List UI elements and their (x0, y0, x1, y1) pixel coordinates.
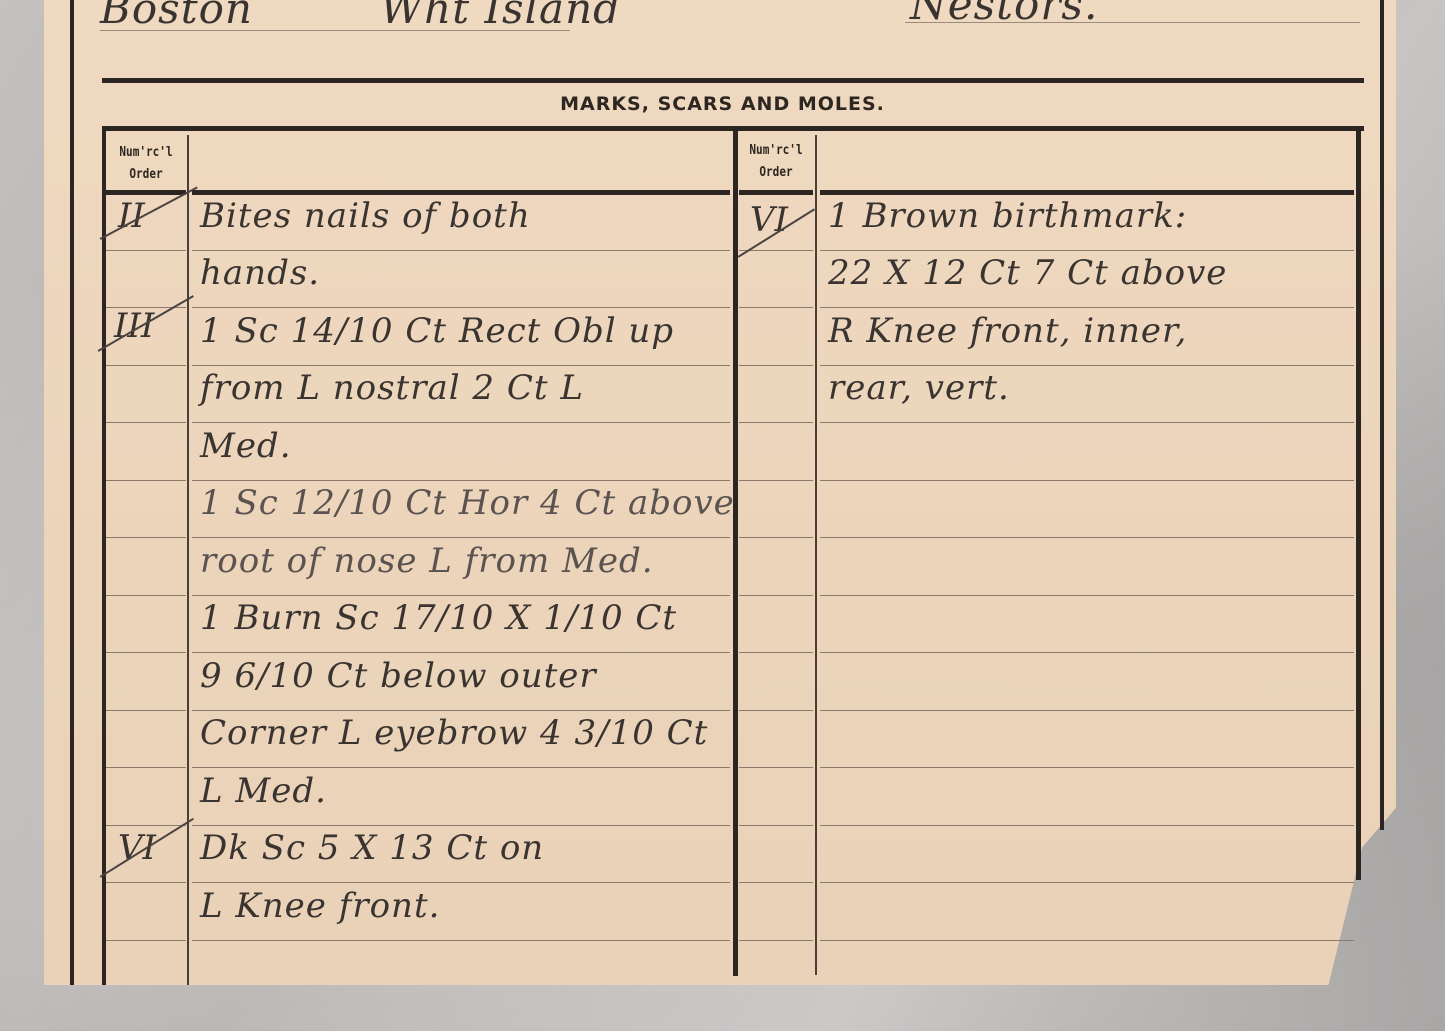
ruled-line (106, 365, 186, 366)
ruled-line (106, 537, 186, 538)
ruled-line (739, 537, 813, 538)
header-line2: Order (110, 164, 181, 186)
ruled-line (192, 537, 730, 538)
top-field-city: Boston (100, 0, 253, 33)
ruled-line (192, 710, 730, 711)
handwritten-line: Dk Sc 5 X 13 Ct on (200, 828, 544, 868)
ruled-line (739, 595, 813, 596)
ruled-line (106, 767, 186, 768)
header-num-order-right: Num'rc'l Order (742, 140, 810, 184)
handwritten-line: Corner L eyebrow 4 3/10 Ct (200, 713, 708, 753)
header-rule-1 (106, 190, 186, 195)
table-right-border (1356, 130, 1361, 880)
ruled-line (106, 250, 186, 251)
handwritten-line: 1 Burn Sc 17/10 X 1/10 Ct (200, 598, 677, 638)
top-field-underline-2 (905, 22, 1360, 23)
ruled-line (106, 652, 186, 653)
handwritten-line: rear, vert. (828, 368, 1010, 408)
ruled-line (106, 882, 186, 883)
ruled-line (192, 307, 730, 308)
ruled-line (820, 307, 1354, 308)
divider-left-order (187, 135, 189, 985)
ruled-line (739, 825, 813, 826)
header-rule-2 (192, 190, 730, 195)
handwritten-line: from L nostral 2 Ct L (200, 368, 584, 408)
ruled-line (106, 710, 186, 711)
ruled-line (739, 365, 813, 366)
handwritten-line: Bites nails of both (200, 196, 531, 236)
ruled-line (192, 250, 730, 251)
handwritten-line: hands. (200, 253, 320, 293)
ruled-line (192, 422, 730, 423)
ruled-line (192, 480, 730, 481)
ruled-line (192, 767, 730, 768)
header-rule-3 (739, 190, 813, 195)
section-title: MARKS, SCARS AND MOLES. (0, 93, 1445, 115)
divider-right-order (815, 135, 817, 975)
ruled-line (106, 422, 186, 423)
divider-middle-heavy (733, 131, 738, 976)
ruled-line (106, 825, 186, 826)
section-rule (102, 78, 1364, 83)
ruled-line (106, 940, 186, 941)
handwritten-line: Med. (200, 426, 292, 466)
ruled-line (739, 882, 813, 883)
handwritten-line: L Knee front. (200, 886, 440, 926)
header-num-order-left: Num'rc'l Order (110, 142, 181, 186)
card-right-border (1380, 0, 1384, 830)
ruled-line (820, 882, 1354, 883)
ruled-line (820, 422, 1354, 423)
handwritten-line: 1 Sc 12/10 Ct Hor 4 Ct above (200, 483, 735, 523)
ruled-line (820, 825, 1354, 826)
ruled-line (820, 480, 1354, 481)
header-line1: Num'rc'l (110, 142, 181, 164)
handwritten-line: 9 6/10 Ct below outer (200, 656, 597, 696)
order-numeral: VI (750, 200, 788, 240)
ruled-line (820, 940, 1354, 941)
header-line1: Num'rc'l (742, 140, 810, 162)
ruled-line (192, 652, 730, 653)
ruled-line (192, 940, 730, 941)
header-rule-4 (820, 190, 1354, 195)
ruled-line (192, 365, 730, 366)
handwritten-line: 1 Brown birthmark: (828, 196, 1187, 236)
top-field-underline-1 (100, 30, 570, 31)
header-line2: Order (742, 162, 810, 184)
ruled-line (106, 595, 186, 596)
ruled-line (820, 537, 1354, 538)
handwritten-line: root of nose L from Med. (200, 541, 654, 581)
ruled-line (820, 365, 1354, 366)
table-left-border (102, 130, 106, 985)
ruled-line (820, 652, 1354, 653)
ruled-line (820, 250, 1354, 251)
ruled-line (739, 652, 813, 653)
handwritten-line: L Med. (200, 771, 327, 811)
ruled-line (739, 307, 813, 308)
ruled-line (739, 422, 813, 423)
handwritten-line: 22 X 12 Ct 7 Ct above (828, 253, 1227, 293)
ruled-line (820, 710, 1354, 711)
ruled-line (820, 767, 1354, 768)
ruled-line (739, 710, 813, 711)
ruled-line (192, 882, 730, 883)
ruled-line (192, 595, 730, 596)
ruled-line (739, 250, 813, 251)
ruled-line (739, 767, 813, 768)
ruled-line (739, 480, 813, 481)
handwritten-line: R Knee front, inner, (828, 311, 1187, 351)
top-field-2: Wht Island (380, 0, 621, 33)
ruled-line (192, 825, 730, 826)
ruled-line (106, 480, 186, 481)
card-left-border (70, 0, 74, 985)
handwritten-line: 1 Sc 14/10 Ct Rect Obl up (200, 311, 674, 351)
top-field-3: Nestors. (910, 0, 1098, 29)
ruled-line (739, 940, 813, 941)
order-numeral: III (114, 306, 154, 346)
ruled-line (820, 595, 1354, 596)
